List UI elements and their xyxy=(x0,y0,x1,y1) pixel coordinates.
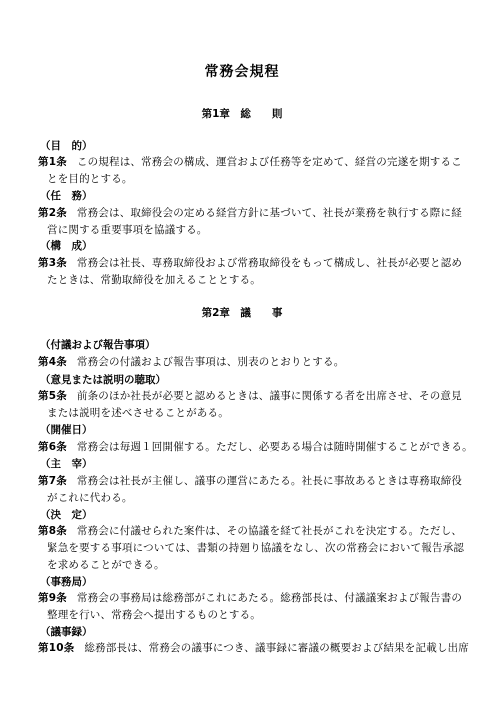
article-number: 第6条 xyxy=(38,441,67,453)
article-1: 第1条この規程は、常務会の構成、運営および任務等を定めて、経営の完遂を期するこ … xyxy=(38,154,448,188)
article-line: 第4条常務会の付議および報告事項は、別表のとおりとする。 xyxy=(38,354,448,371)
article-number: 第10条 xyxy=(38,642,74,654)
section-heading-duties: （任 務） xyxy=(40,189,93,203)
article-line: 第9条常務会の事務局は総務部がこれにあたる。総務部長は、付議議案および報告書の xyxy=(38,590,448,607)
section-heading-decision: （決 定） xyxy=(40,508,93,522)
article-text: 総務部長は、常務会の議事につき、議事録に審議の概要および結果を記載し出席 xyxy=(84,642,469,654)
article-8: 第8条常務会に付議せられた案件は、その協議を経て社長がこれを決定する。ただし、 … xyxy=(38,523,448,574)
article-text: 常務会に付議せられた案件は、その協議を経て社長がこれを決定する。ただし、 xyxy=(77,525,462,537)
article-line: 第3条常務会は社長、専務取締役および常務取締役をもって構成し、社長が必要と認め xyxy=(38,255,448,272)
article-line: 第2条常務会は、取締役会の定める経営方針に基づいて、社長が業務を執行する際に経 xyxy=(38,205,448,222)
article-line: たときは、常勤取締役を加えることとする。 xyxy=(38,272,448,289)
article-3: 第3条常務会は社長、専務取締役および常務取締役をもって構成し、社長が必要と認め … xyxy=(38,255,448,289)
article-number: 第9条 xyxy=(38,592,67,604)
section-heading-composition: （構 成） xyxy=(40,239,93,253)
article-number: 第7条 xyxy=(38,475,67,487)
article-text: 常務会の付議および報告事項は、別表のとおりとする。 xyxy=(77,356,345,368)
section-heading-secretariat: （事務局） xyxy=(40,575,93,589)
article-number: 第1条 xyxy=(38,156,67,168)
document-page: 常務会規程 第1章 総 則 （目 的） 第1条この規程は、常務会の構成、運営およ… xyxy=(0,0,484,712)
article-text: 常務会は社長、専務取締役および常務取締役をもって構成し、社長が必要と認め xyxy=(77,257,462,269)
section-heading-meeting-days: （開催日） xyxy=(40,423,93,437)
article-4: 第4条常務会の付議および報告事項は、別表のとおりとする。 xyxy=(38,354,448,371)
article-text: 常務会の事務局は総務部がこれにあたる。総務部長は、付議議案および報告書の xyxy=(77,592,462,604)
article-2: 第2条常務会は、取締役会の定める経営方針に基づいて、社長が業務を執行する際に経 … xyxy=(38,205,448,239)
section-heading-hearing-opinions: （意見または説明の聴取） xyxy=(40,373,166,387)
article-5: 第5条前条のほか社長が必要と認めるときは、議事に関係する者を出席させ、その意見 … xyxy=(38,388,448,422)
article-number: 第2条 xyxy=(38,207,67,219)
document-title: 常務会規程 xyxy=(0,63,484,81)
article-10: 第10条総務部長は、常務会の議事につき、議事録に審議の概要および結果を記載し出席 xyxy=(38,640,448,657)
article-number: 第3条 xyxy=(38,257,67,269)
chapter-1-heading: 第1章 総 則 xyxy=(0,107,484,121)
article-number: 第4条 xyxy=(38,356,67,368)
article-text: この規程は、常務会の構成、運営および任務等を定めて、経営の完遂を期するこ xyxy=(77,156,462,168)
section-heading-minutes: （議事録） xyxy=(40,625,93,639)
article-line: 緊急を要する事項については、書類の持廻り協議をなし、次の常務会において報告承認 xyxy=(38,540,448,557)
article-line: または説明を述べさせることがある。 xyxy=(38,405,448,422)
article-number: 第5条 xyxy=(38,390,67,402)
article-line: とを目的とする。 xyxy=(38,171,448,188)
article-line: 第10条総務部長は、常務会の議事につき、議事録に審議の概要および結果を記載し出席 xyxy=(38,640,448,657)
section-heading-purpose: （目 的） xyxy=(40,139,93,153)
article-line: を求めることができる。 xyxy=(38,557,448,574)
article-line: 第8条常務会に付議せられた案件は、その協議を経て社長がこれを決定する。ただし、 xyxy=(38,523,448,540)
article-line: がこれに代わる。 xyxy=(38,490,448,507)
article-7: 第7条常務会は社長が主催し、議事の運営にあたる。社長に事故あるときは専務取締役 … xyxy=(38,473,448,507)
article-line: 整理を行い、常務会へ提出するものとする。 xyxy=(38,607,448,624)
article-number: 第8条 xyxy=(38,525,67,537)
article-9: 第9条常務会の事務局は総務部がこれにあたる。総務部長は、付議議案および報告書の … xyxy=(38,590,448,624)
article-text: 常務会は毎週１回開催する。ただし、必要ある場合は随時開催することができる。 xyxy=(77,441,473,453)
article-line: 営に関する重要事項を協議する。 xyxy=(38,222,448,239)
article-line: 第7条常務会は社長が主催し、議事の運営にあたる。社長に事故あるときは専務取締役 xyxy=(38,473,448,490)
article-6: 第6条常務会は毎週１回開催する。ただし、必要ある場合は随時開催することができる。 xyxy=(38,439,448,456)
article-text: 常務会は、取締役会の定める経営方針に基づいて、社長が業務を執行する際に経 xyxy=(77,207,462,219)
section-heading-agenda-items: （付議および報告事項） xyxy=(40,338,156,352)
chapter-2-heading: 第2章 議 事 xyxy=(0,306,484,320)
section-heading-chair: （主 宰） xyxy=(40,457,93,471)
article-line: 第5条前条のほか社長が必要と認めるときは、議事に関係する者を出席させ、その意見 xyxy=(38,388,448,405)
article-text: 常務会は社長が主催し、議事の運営にあたる。社長に事故あるときは専務取締役 xyxy=(77,475,462,487)
article-line: 第6条常務会は毎週１回開催する。ただし、必要ある場合は随時開催することができる。 xyxy=(38,439,448,456)
article-line: 第1条この規程は、常務会の構成、運営および任務等を定めて、経営の完遂を期するこ xyxy=(38,154,448,171)
article-text: 前条のほか社長が必要と認めるときは、議事に関係する者を出席させ、その意見 xyxy=(77,390,462,402)
